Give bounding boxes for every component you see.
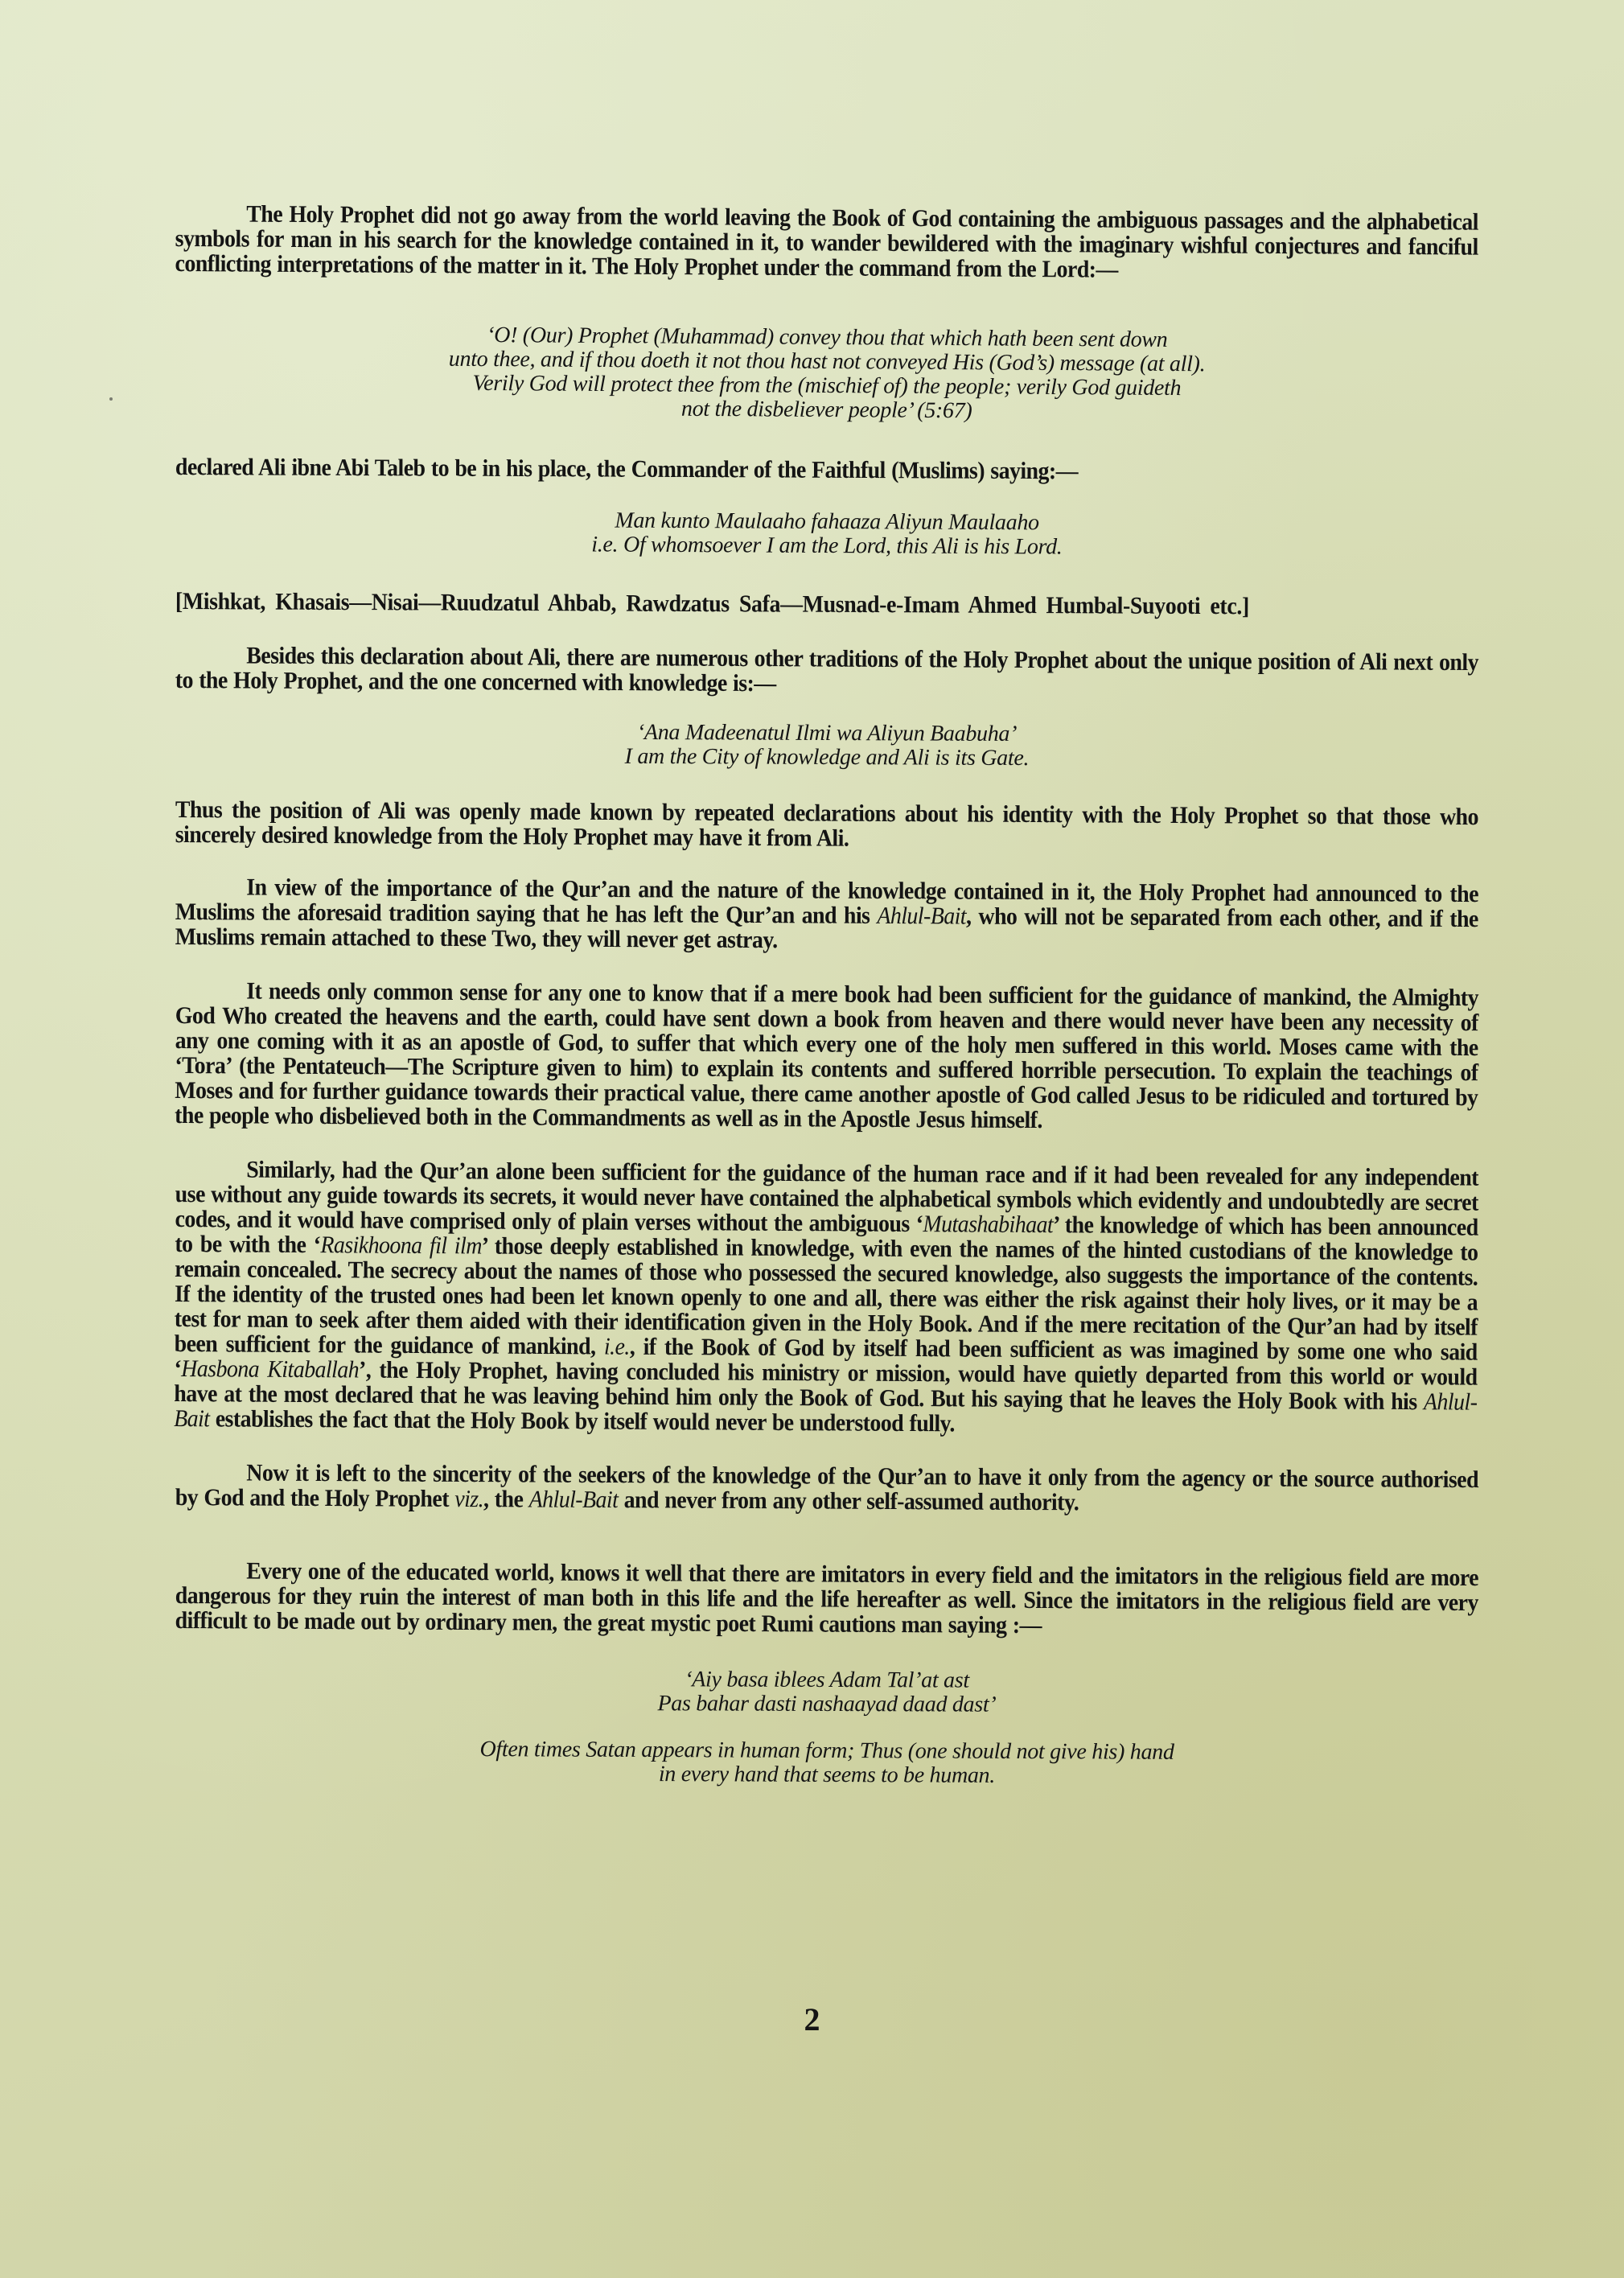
indent xyxy=(175,1177,246,1178)
italic-term: Ahlul-Bait xyxy=(529,1486,619,1513)
paragraph-text: Besides this declaration about Ali, ther… xyxy=(175,642,1478,697)
quote-line: in every hand that seems to be human. xyxy=(384,1762,1269,1790)
italic-term: Hasbona Kitaballah xyxy=(181,1355,359,1383)
rumi-couplet-translation: Often times Satan appears in human form;… xyxy=(384,1737,1269,1790)
paragraph-text: and never from any other self-assumed au… xyxy=(618,1486,1079,1515)
paragraph-similarly: Similarly, had the Qur’an alone been suf… xyxy=(174,1157,1478,1440)
paragraph-in-view: In view of the importance of the Qur’an … xyxy=(175,874,1478,956)
paper-speck xyxy=(109,397,113,401)
paragraph-common-sense: It needs only common sense for any one t… xyxy=(175,978,1478,1135)
quote-line: ‘Aiy basa iblees Adam Tal’at ast xyxy=(545,1667,1108,1693)
paragraph-now: Now it is left to the sincerity of the s… xyxy=(175,1460,1478,1517)
italic-term: Rasikhoona fil ilm xyxy=(320,1232,482,1259)
document-page: The Holy Prophet did not go away from th… xyxy=(0,0,1624,2278)
quote-line: I am the City of knowledge and Ali is it… xyxy=(465,744,1189,771)
paragraph-text: It needs only common sense for any one t… xyxy=(175,977,1478,1133)
paragraph-text: , the xyxy=(483,1486,529,1512)
italic-term: viz. xyxy=(454,1486,483,1512)
quote-line: Man kunto Maulaaho fahaaza Aliyun Maulaa… xyxy=(465,508,1189,537)
quote-line: ‘Ana Madeenatul Ilmi wa Aliyun Baabuha’ xyxy=(465,720,1189,747)
paragraph-declaration: declared Ali ibne Abi Taleb to be in his… xyxy=(175,454,1478,486)
paragraph-every-one: Every one of the educated world, knows i… xyxy=(175,1558,1478,1640)
rumi-couplet: ‘Aiy basa iblees Adam Tal’at ast Pas bah… xyxy=(545,1667,1108,1717)
hadith-quote-maulaaho: Man kunto Maulaaho fahaaza Aliyun Maulaa… xyxy=(465,508,1189,561)
italic-term: i.e. xyxy=(604,1334,630,1360)
paragraph-text: establishes the fact that the Holy Book … xyxy=(209,1405,955,1437)
paragraph-text: The Holy Prophet did not go away from th… xyxy=(175,201,1478,283)
hadith-quote-city-of-knowledge: ‘Ana Madeenatul Ilmi wa Aliyun Baabuha’ … xyxy=(465,720,1189,771)
paragraph-thus: Thus the position of Ali was openly made… xyxy=(175,797,1478,854)
page-number: 2 xyxy=(0,2000,1624,2038)
paragraph-text: declared Ali ibne Abi Taleb to be in his… xyxy=(175,454,1078,484)
indent xyxy=(175,221,246,222)
italic-term: Mutashabihaat xyxy=(923,1211,1053,1238)
quote-line: i.e. Of whomsoever I am the Lord, this A… xyxy=(465,532,1189,561)
italic-term: Ahlul-Bait xyxy=(877,903,966,930)
paragraph-opening: The Holy Prophet did not go away from th… xyxy=(175,201,1478,285)
paragraph-text: Every one of the educated world, knows i… xyxy=(175,1557,1479,1639)
paragraph-besides: Besides this declaration about Ali, ther… xyxy=(175,643,1478,700)
page-body: The Holy Prophet did not go away from th… xyxy=(175,201,1478,1787)
paragraph-text: Thus the position of Ali was openly made… xyxy=(175,796,1478,852)
source-citation: [Mishkat, Khasais—Nisai—Ruudzatul Ahbab,… xyxy=(175,589,1478,620)
quote-line: Often times Satan appears in human form;… xyxy=(384,1737,1269,1766)
quran-verse-quote: ‘O! (Our) Prophet (Muhammad) convey thou… xyxy=(364,323,1290,426)
quote-line: Pas bahar dasti nashaayad daad dast’ xyxy=(545,1692,1108,1717)
